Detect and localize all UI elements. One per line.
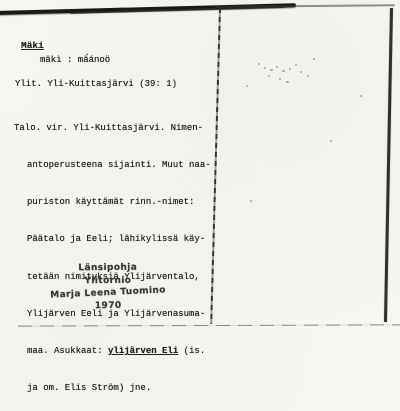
paragraph-line: Talo. vir. Yli-Kuittasjärvi. Nimen- [14, 122, 214, 134]
paragraph-text: maa. Asukkaat: [27, 346, 108, 356]
pronunciation-line: mäkì : mä̀ánoö [40, 55, 110, 65]
paragraph-line: puriston käyttämät rinn.-nimet: [14, 196, 214, 208]
parish-reference-line: Ylit. Yli-Kuittasjärvi (39: 1) [15, 79, 177, 89]
paragraph-line: Päätalo ja Eeli; lähikylissä käy- [14, 233, 214, 245]
paragraph-line: antoperusteena sijainti. Muut naa- [14, 159, 214, 171]
card-heading: Mäki [21, 40, 44, 51]
description-paragraph: Talo. vir. Yli-Kuittasjärvi. Nimen- anto… [14, 97, 214, 407]
paragraph-line: maa. Asukkaat: ylìjärven Eli (is. [14, 345, 214, 357]
collector-stamp: Länsipohja Ylitornio Marja Leena Tuomino… [33, 261, 184, 313]
underlined-dialect-name: ylìjärven Eli [108, 346, 178, 356]
paragraph-line: ja om. Elis Ström) jne. [14, 382, 214, 394]
paragraph-text: (is. [178, 346, 205, 356]
